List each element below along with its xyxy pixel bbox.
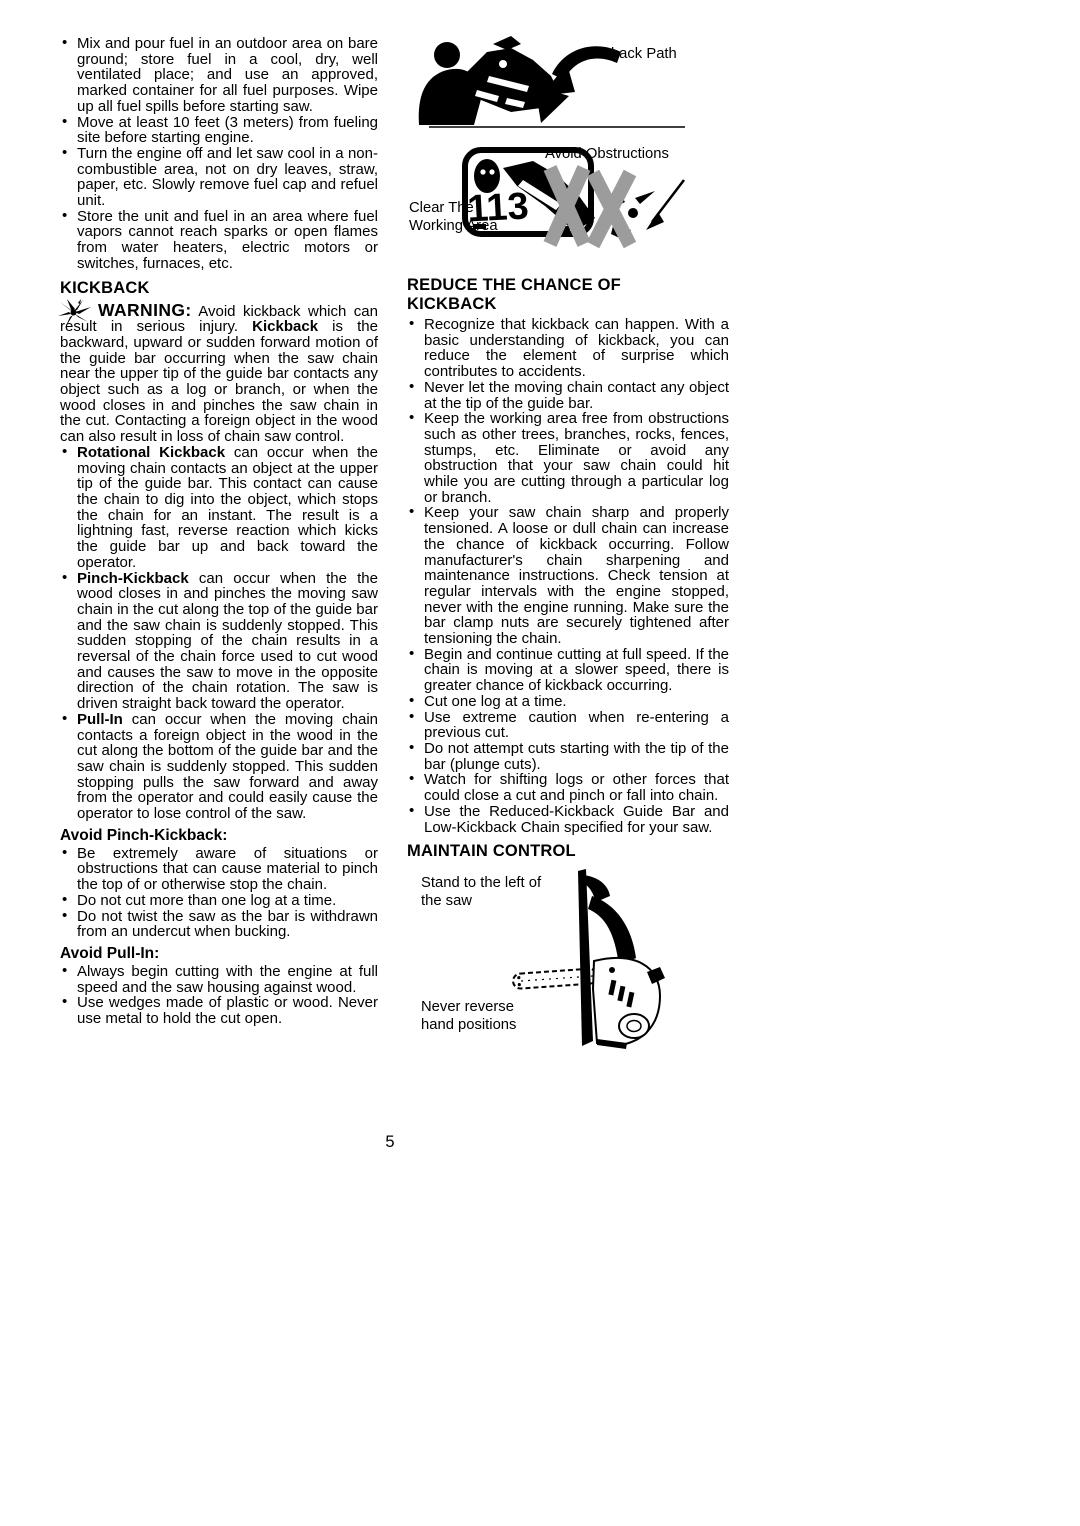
list-item: Store the unit and fuel in an area where… [60,209,378,272]
avoid-pullin-list: Always begin cutting with the engine at … [60,964,378,1027]
list-item: Do not cut more than one log at a time. [60,893,378,909]
list-item: Always begin cutting with the engine at … [60,964,378,995]
kickback-type-term: Rotational Kickback [77,444,225,461]
list-item: Rotational Kickback can occur when the m… [60,445,378,571]
list-item: Begin and continue cutting at full speed… [407,647,729,694]
list-item: Use the Reduced-Kickback Guide Bar and L… [407,804,729,835]
list-item: Use wedges made of plastic or wood. Neve… [60,995,378,1026]
label-line: Never reverse [421,999,516,1017]
warning-bold-term: Kickback [252,318,318,335]
avoid-obstructions-label: Avoid Obstructions [545,146,669,164]
list-item: Recognize that kickback can happen. With… [407,317,729,380]
fuel-safety-list: Mix and pour fuel in an outdoor area on … [60,36,378,272]
list-item: Pinch-Kickback can occur when the the wo… [60,571,378,712]
left-column: Mix and pour fuel in an outdoor area on … [60,36,378,1027]
list-item: Be extremely aware of situations or obst… [60,846,378,893]
kickback-type-term: Pinch-Kickback [77,570,189,587]
list-item: Pull-In can occur when the moving chain … [60,712,378,822]
list-item: Do not twist the saw as the bar is withd… [60,909,378,940]
avoid-pinch-heading: Avoid Pinch-Kickback: [60,827,378,844]
list-item: Use extreme caution when re-entering a p… [407,710,729,741]
stand-left-label: Stand to the left of the saw [421,875,541,910]
kickback-path-label: Kickback Path [583,46,677,64]
label-line: Working Area [409,218,498,236]
clear-working-area-label: Clear The Working Area [409,200,498,235]
warning-label: WARNING: [98,300,192,320]
list-item: Do not attempt cuts starting with the ti… [407,741,729,772]
reduce-kickback-heading: REDUCE THE CHANCE OF KICKBACK [407,276,729,314]
label-line: the saw [421,893,541,911]
kickback-type-term: Pull-In [77,711,123,728]
label-line: Stand to the left of [421,875,541,893]
kickback-path-figure: Kickback Path [407,30,729,142]
heading-line: KICKBACK [407,295,729,314]
heading-line: REDUCE THE CHANCE OF [407,276,729,295]
never-reverse-label: Never reverse hand positions [421,999,516,1034]
kickback-type-desc: can occur when the the wood closes in an… [77,570,378,713]
maintain-control-heading: MAINTAIN CONTROL [407,842,729,861]
maintain-control-figure: Stand to the left of the saw Never rever… [407,869,729,1059]
warning-text: is the backward, upward or sudden forwar… [60,318,378,445]
list-item: Cut one log at a time. [407,694,729,710]
list-item: Turn the engine off and let saw cool in … [60,146,378,209]
right-column: Kickback Path [407,30,729,1059]
kickback-type-desc: can occur when the moving chain contacts… [77,444,378,571]
kickback-types-list: Rotational Kickback can occur when the m… [60,445,378,822]
list-item: Keep the working area free from obstruct… [407,411,729,505]
label-line: Clear The [409,200,498,218]
list-item: Keep your saw chain sharp and properly t… [407,505,729,646]
avoid-pinch-list: Be extremely aware of situations or obst… [60,846,378,940]
warning-paragraph: WARNING: Avoid kickback which can result… [60,303,378,445]
list-item: Never let the moving chain contact any o… [407,380,729,411]
list-item: Mix and pour fuel in an outdoor area on … [60,36,378,115]
reduce-kickback-list: Recognize that kickback can happen. With… [407,317,729,835]
page-number: 5 [374,1133,406,1152]
avoid-pullin-heading: Avoid Pull-In: [60,945,378,962]
label-line: hand positions [421,1017,516,1035]
kickback-heading: KICKBACK [60,279,378,298]
kickback-type-desc: can occur when the moving chain contacts… [77,711,378,822]
manual-page: Mix and pour fuel in an outdoor area on … [0,0,1080,1526]
kickback-path-illustration [407,30,729,142]
list-item: Watch for shifting logs or other forces … [407,772,729,803]
list-item: Move at least 10 feet (3 meters) from fu… [60,115,378,146]
clear-working-area-figure: 113 Avoid Obstructions Clear The Working… [407,142,729,270]
kickback-warning-icon [58,299,92,331]
